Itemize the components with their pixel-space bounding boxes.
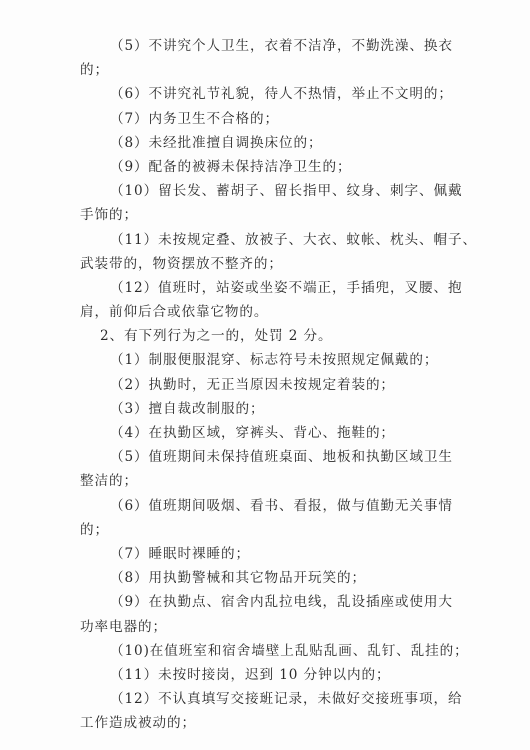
text-line: （10）留长发、蓄胡子、留长指甲、纹身、刺字、佩戴 xyxy=(80,179,450,203)
text-line: （5）不讲究个人卫生，衣着不洁净，不勤洗澡、换衣 xyxy=(80,34,450,58)
text-line: 手饰的； xyxy=(80,203,450,227)
text-line: 整洁的； xyxy=(80,469,450,493)
text-line: 的； xyxy=(80,58,450,82)
section-heading: 2、有下列行为之一的，处罚 2 分。 xyxy=(80,324,450,348)
text-line: （9）在执勤点、宿舍内乱拉电线，乱设插座或使用大 xyxy=(80,590,450,614)
text-line: （8）用执勤警械和其它物品开玩笑的； xyxy=(80,566,450,590)
text-line: （2）执勤时，无正当原因未按规定着装的； xyxy=(80,373,450,397)
text-line: 的； xyxy=(80,518,450,542)
text-line: （3）擅自裁改制服的； xyxy=(80,397,450,421)
text-line: 功率电器的； xyxy=(80,615,450,639)
text-line: （7）内务卫生不合格的； xyxy=(80,107,450,131)
text-line: （7）睡眠时裸睡的； xyxy=(80,542,450,566)
text-line: （1）制服便服混穿、标志符号未按照规定佩戴的； xyxy=(80,348,450,372)
page-number: 2 xyxy=(0,694,530,704)
text-line: （8）未经批准擅自调换床位的； xyxy=(80,131,450,155)
text-line: （6）值班期间吸烟、看书、看报，做与值勤无关事情 xyxy=(80,494,450,518)
document-page: （5）不讲究个人卫生，衣着不洁净，不勤洗澡、换衣 的； （6）不讲究礼节礼貌，待… xyxy=(0,0,530,750)
text-line: （11）未按时接岗，迟到 10 分钟以内的； xyxy=(80,663,450,687)
text-line: 肩，前仰后合或依靠它物的。 xyxy=(80,300,450,324)
text-line: （5）值班期间未保持值班桌面、地板和执勤区域卫生 xyxy=(80,445,450,469)
document-body: （5）不讲究个人卫生，衣着不洁净，不勤洗澡、换衣 的； （6）不讲究礼节礼貌，待… xyxy=(80,34,450,735)
text-line: （12）值班时，站姿或坐姿不端正，手插兜，叉腰、抱 xyxy=(80,276,450,300)
text-line: （4）在执勤区域，穿裤头、背心、拖鞋的； xyxy=(80,421,450,445)
text-line: （11）未按规定叠、放被子、大衣、蚊帐、枕头、帽子、 xyxy=(80,228,450,252)
text-line: （6）不讲究礼节礼貌，待人不热情，举止不文明的； xyxy=(80,82,450,106)
text-line: 武装带的，物资摆放不整齐的； xyxy=(80,252,450,276)
text-line: （10)在值班室和宿舍墙壁上乱贴乱画、乱钉、乱挂的； xyxy=(80,639,450,663)
text-line: 工作造成被动的； xyxy=(80,711,450,735)
text-line: （9）配备的被褥未保持洁净卫生的； xyxy=(80,155,450,179)
